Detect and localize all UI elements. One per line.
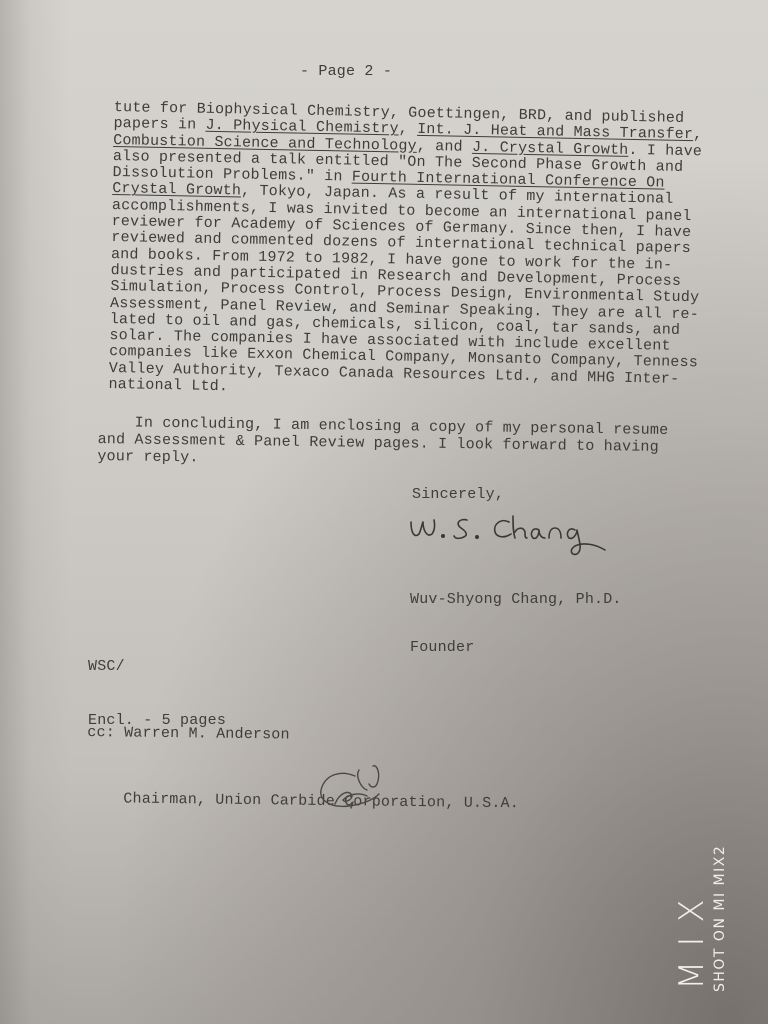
camera-watermark: MIX SHOT ON MI MIX2 <box>672 830 768 1020</box>
paper-photo: - Page 2 - tute for Biophysical Chemistr… <box>0 0 768 1024</box>
handwritten-initials-icon <box>315 760 395 820</box>
signer-name: Wuv-Shyong Chang, Ph.D. <box>410 592 622 608</box>
cc-recipient-title: Chairman, Union Carbide Corporation, U.S… <box>86 788 519 815</box>
salutation: Sincerely, <box>412 487 504 503</box>
page-number: - Page 2 - <box>300 64 392 80</box>
body-text: , and <box>417 137 473 155</box>
watermark-text: SHOT ON MI MIX2 <box>712 845 728 992</box>
body-text: national Ltd. <box>108 376 228 395</box>
closing-paragraph: In concluding, I am enclosing a copy of … <box>97 414 668 473</box>
cc-block: cc: Warren M. Anderson Chairman, Union C… <box>86 678 521 859</box>
reference-initials: WSC/ <box>88 658 226 676</box>
body-text: , <box>693 126 703 143</box>
watermark-logo: MIX <box>672 885 712 990</box>
handwritten-signature: W. S. Chang <box>405 510 615 560</box>
body-paragraph: tute for Biophysical Chemistry, Goetting… <box>108 100 702 405</box>
signer-title: Founder <box>410 640 622 656</box>
signer-block: Wuv-Shyong Chang, Ph.D. Founder <box>410 560 622 688</box>
body-text: , <box>399 121 418 138</box>
cc-recipient: cc: Warren M. Anderson <box>87 722 520 749</box>
